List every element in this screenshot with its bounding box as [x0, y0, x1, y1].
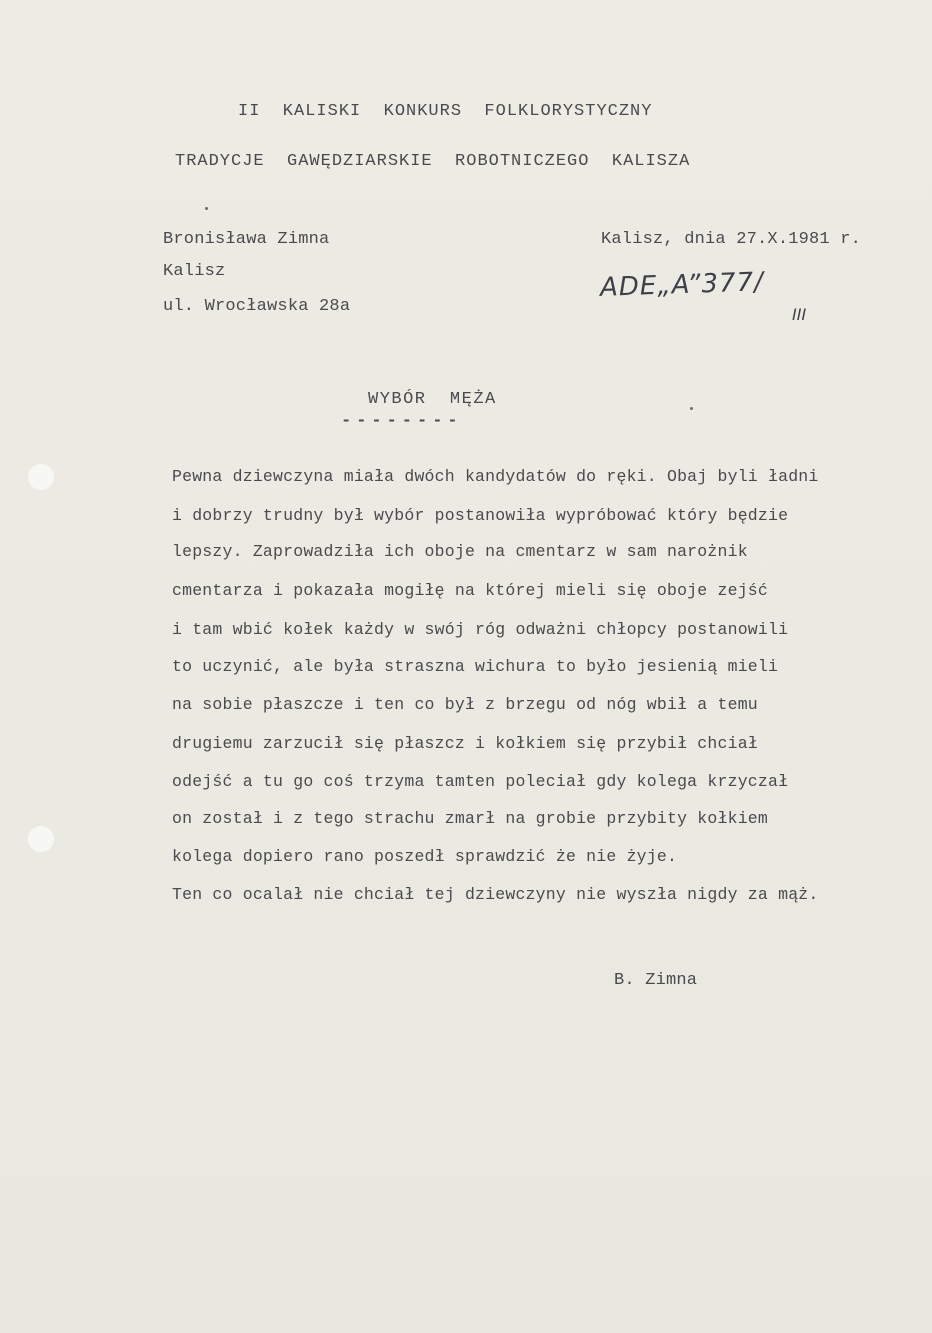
sender-name: Bronisława Zimna [163, 230, 329, 249]
sender-city: Kalisz [163, 262, 225, 281]
archive-mark-sub: III [792, 305, 806, 324]
body-line: Ten co ocalał nie chciał tej dziewczyny … [172, 885, 819, 904]
sender-street: ul. Wrocławska 28a [163, 297, 350, 316]
header-subtitle: TRADYCJE GAWĘDZIARSKIE ROBOTNICZEGO KALI… [175, 152, 690, 171]
story-title: WYBÓR MĘŻA [368, 390, 497, 409]
title-underline: -------- [341, 412, 463, 431]
body-line: to uczynić, ale była straszna wichura to… [172, 657, 778, 676]
body-line: i dobrzy trudny był wybór postanowiła wy… [172, 506, 788, 525]
ink-speck [205, 207, 208, 210]
body-line: kolega dopiero rano poszedł sprawdzić że… [172, 847, 677, 866]
body-line: drugiemu zarzucił się płaszcz i kołkiem … [172, 734, 758, 753]
ink-speck [690, 407, 693, 410]
header-contest-title: II KALISKI KONKURS FOLKLORYSTYCZNY [238, 102, 652, 121]
archive-mark: ADE„A”377/ [600, 267, 765, 303]
body-line: Pewna dziewczyna miała dwóch kandydatów … [172, 467, 819, 486]
document-page: II KALISKI KONKURS FOLKLORYSTYCZNY TRADY… [0, 0, 932, 1333]
place-date: Kalisz, dnia 27.X.1981 r. [601, 230, 861, 249]
body-line: na sobie płaszcze i ten co był z brzegu … [172, 695, 758, 714]
signature: B. Zimna [614, 971, 697, 990]
body-line: odejść a tu go coś trzyma tamten polecia… [172, 772, 788, 791]
punch-hole-bottom [28, 826, 54, 852]
body-line: on został i z tego strachu zmarł na grob… [172, 809, 768, 828]
body-line: lepszy. Zaprowadziła ich oboje na cmenta… [172, 542, 748, 561]
punch-hole-top [28, 464, 54, 490]
body-line: cmentarza i pokazała mogiłę na której mi… [172, 581, 768, 600]
body-line: i tam wbić kołek każdy w swój róg odważn… [172, 620, 788, 639]
